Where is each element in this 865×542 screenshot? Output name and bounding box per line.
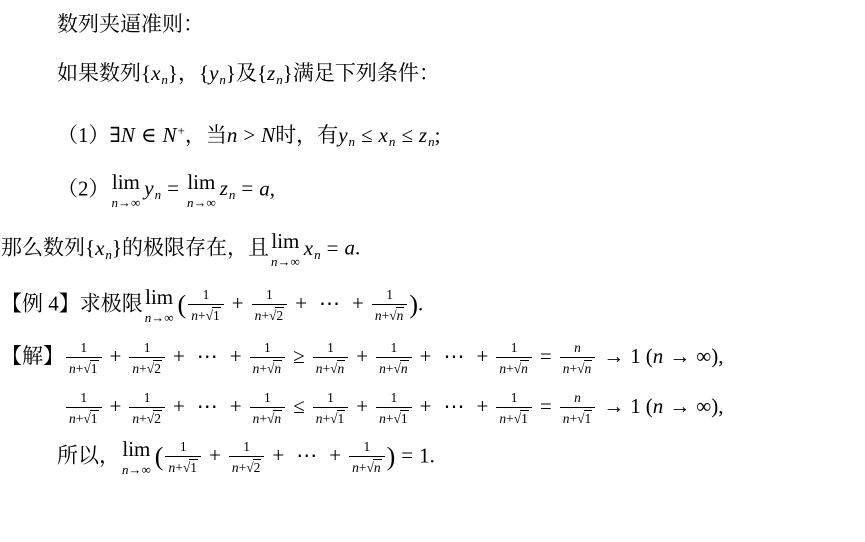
math-char: 2 bbox=[276, 308, 283, 323]
math-var: zn bbox=[419, 123, 435, 147]
math-char: 1 bbox=[390, 340, 397, 355]
math-char: + bbox=[198, 308, 206, 323]
math-char: + bbox=[139, 411, 147, 426]
math-text: ( bbox=[646, 394, 653, 418]
math-char: z bbox=[267, 61, 275, 85]
math-operator: = bbox=[540, 342, 552, 370]
math-char: 1 bbox=[511, 390, 518, 405]
math-char: 1 bbox=[190, 460, 197, 475]
math-operator: ≥ bbox=[293, 342, 305, 370]
fraction-numerator: 1 bbox=[387, 390, 400, 407]
math-char: 1 bbox=[585, 411, 592, 426]
fraction-denominator: n+√2 bbox=[252, 304, 288, 324]
math-operator: ∈ bbox=[141, 121, 157, 149]
math-char: 1 bbox=[511, 340, 518, 355]
math-char: N bbox=[261, 123, 275, 147]
math-char: y bbox=[144, 176, 153, 200]
fraction-denominator: n+√1 bbox=[188, 304, 224, 324]
math-text: . bbox=[355, 236, 360, 260]
math-operator: = bbox=[401, 441, 413, 469]
math-operator: + bbox=[272, 441, 284, 469]
math-var: N bbox=[121, 123, 135, 147]
math-operator: = bbox=[241, 174, 253, 202]
math-operator: → bbox=[603, 342, 624, 370]
math-cdots: ⋯ bbox=[197, 392, 218, 420]
fraction-denominator: n+√n bbox=[313, 357, 349, 377]
math-char: 1 bbox=[203, 287, 210, 302]
sqrt-radical: √2 bbox=[246, 460, 261, 475]
radicand: n bbox=[520, 360, 529, 377]
math-char: 1 bbox=[327, 340, 334, 355]
fraction-denominator: n+√1 bbox=[165, 456, 201, 476]
math-text: ( bbox=[646, 344, 653, 368]
math-char: n bbox=[352, 460, 359, 475]
math-operator: + bbox=[232, 289, 244, 317]
sqrt-radical: √1 bbox=[183, 460, 198, 475]
math-char: → bbox=[151, 310, 164, 325]
fraction-numerator: 1 bbox=[324, 390, 337, 407]
math-char: → bbox=[193, 195, 206, 210]
math-char: 2 bbox=[254, 460, 261, 475]
math-fraction: 1n+√1 bbox=[496, 390, 532, 427]
math-char: 1 bbox=[338, 411, 345, 426]
math-char: n bbox=[574, 340, 581, 355]
math-operator: ≤ bbox=[401, 121, 413, 149]
radicand: 1 bbox=[212, 307, 221, 324]
math-char: n bbox=[653, 394, 664, 418]
fraction-numerator: 1 bbox=[177, 439, 190, 456]
fraction-numerator: n bbox=[571, 390, 584, 407]
math-char: 1 bbox=[80, 390, 87, 405]
math-char: n bbox=[401, 361, 408, 376]
math-char: ∞ bbox=[164, 310, 173, 325]
math-char: n bbox=[585, 361, 592, 376]
math-text: ，当 bbox=[185, 123, 227, 147]
math-var: n bbox=[653, 344, 664, 368]
math-char: 1 bbox=[327, 390, 334, 405]
math-fraction: 1n+√2 bbox=[129, 340, 165, 377]
radicand: n bbox=[396, 307, 405, 324]
math-operator: = bbox=[327, 234, 339, 262]
math-superscript: + bbox=[177, 123, 184, 138]
math-var: yn bbox=[209, 61, 226, 85]
math-char: y bbox=[338, 123, 347, 147]
math-char: n bbox=[232, 460, 239, 475]
radicand: n bbox=[400, 360, 409, 377]
solution-line-2: 1n+√1+1n+√2+⋯+1n+√n≤1n+√1+1n+√1+⋯+1n+√1=… bbox=[64, 390, 865, 427]
fraction-numerator: 1 bbox=[263, 287, 276, 304]
math-char: + bbox=[506, 411, 514, 426]
math-char: 2 bbox=[154, 411, 161, 426]
sqrt-radical: √1 bbox=[577, 411, 592, 426]
document-page: 数列夹逼准则： 如果数列{xn}，{yn}及{zn}满足下列条件： （1）∃N∈… bbox=[0, 10, 865, 476]
math-fraction: 1n+√2 bbox=[129, 390, 165, 427]
math-operator: + bbox=[295, 289, 307, 317]
sqrt-radical: √1 bbox=[83, 411, 98, 426]
math-char: n bbox=[379, 361, 386, 376]
math-char: 1 bbox=[213, 308, 220, 323]
math-char: 1 bbox=[363, 439, 370, 454]
radicand: n bbox=[273, 410, 282, 427]
lim-underscript: n→∞ bbox=[122, 463, 151, 476]
math-char: → bbox=[129, 462, 142, 477]
math-char: n bbox=[397, 308, 404, 323]
math-char: 1 bbox=[91, 411, 98, 426]
fraction-denominator: n+√1 bbox=[376, 407, 412, 427]
math-text: , bbox=[270, 176, 275, 200]
lim-word: lim bbox=[122, 439, 150, 460]
math-char: z bbox=[419, 123, 427, 147]
math-text: }，{ bbox=[168, 61, 209, 85]
math-text: . bbox=[430, 443, 435, 467]
math-char: 1 bbox=[264, 340, 271, 355]
math-char: ∞ bbox=[206, 195, 215, 210]
sqrt-radical: √n bbox=[267, 361, 282, 376]
math-char: + bbox=[175, 460, 183, 475]
math-char: n bbox=[375, 308, 382, 323]
math-limit: limn→∞ bbox=[271, 231, 300, 268]
math-char: N bbox=[121, 123, 135, 147]
fraction-numerator: 1 bbox=[261, 340, 274, 357]
fraction-numerator: 1 bbox=[77, 390, 90, 407]
theorem-condition-1: （1）∃N∈N+，当n>N时，有yn≤xn≤zn; bbox=[57, 117, 865, 156]
fraction-denominator: n+√1 bbox=[560, 407, 596, 427]
math-char: x bbox=[379, 123, 388, 147]
math-char: ∞ bbox=[142, 462, 151, 477]
math-var: xn bbox=[304, 236, 321, 260]
math-subscript: n bbox=[349, 134, 356, 149]
math-var: n bbox=[653, 394, 664, 418]
math-text: ), bbox=[711, 394, 723, 418]
fraction-numerator: 1 bbox=[508, 340, 521, 357]
math-var: N bbox=[261, 123, 275, 147]
math-operator: + bbox=[230, 392, 242, 420]
math-char: n bbox=[379, 411, 386, 426]
radicand: n bbox=[273, 360, 282, 377]
radicand: 1 bbox=[520, 410, 529, 427]
fraction-numerator: 1 bbox=[77, 340, 90, 357]
radicand: n bbox=[337, 360, 346, 377]
math-char: 1 bbox=[390, 390, 397, 405]
math-text: 时，有 bbox=[275, 123, 338, 147]
math-char: 1 bbox=[80, 340, 87, 355]
radicand: 1 bbox=[337, 410, 346, 427]
math-char: n bbox=[69, 361, 76, 376]
math-char: 1 bbox=[521, 411, 528, 426]
fraction-numerator: 1 bbox=[360, 439, 373, 456]
math-fraction: 1n+√2 bbox=[229, 439, 265, 476]
math-paren: ( bbox=[178, 291, 187, 319]
math-char: x bbox=[95, 236, 104, 260]
math-fraction: 1n+√n bbox=[250, 340, 286, 377]
math-operator: + bbox=[356, 392, 368, 420]
sqrt-radical: √1 bbox=[514, 411, 529, 426]
math-text: 数列夹逼准则： bbox=[57, 12, 204, 36]
math-text: ; bbox=[435, 123, 441, 147]
math-operator: + bbox=[356, 342, 368, 370]
math-fraction: 1n+√n bbox=[372, 287, 408, 324]
math-var: N+ bbox=[162, 123, 184, 147]
math-limit: limn→∞ bbox=[145, 287, 174, 324]
math-fraction: nn+√1 bbox=[560, 390, 596, 427]
math-char: 1 bbox=[401, 411, 408, 426]
fraction-denominator: n+√n bbox=[349, 456, 385, 476]
math-char: n bbox=[191, 308, 198, 323]
math-operator: + bbox=[110, 392, 122, 420]
math-char: ∞ bbox=[131, 195, 140, 210]
math-char: n bbox=[521, 361, 528, 376]
lim-underscript: n→∞ bbox=[271, 255, 300, 268]
math-fraction: 1n+√n bbox=[313, 340, 349, 377]
fraction-denominator: n+√n bbox=[250, 357, 286, 377]
math-paren: ( bbox=[155, 443, 164, 471]
radicand: 1 bbox=[90, 410, 99, 427]
math-var: yn bbox=[144, 176, 161, 200]
math-char: n bbox=[338, 361, 345, 376]
fraction-numerator: 1 bbox=[387, 340, 400, 357]
fraction-denominator: n+√1 bbox=[313, 407, 349, 427]
math-var: xn bbox=[151, 61, 168, 85]
math-operator: ≤ bbox=[293, 392, 305, 420]
math-var: zn bbox=[220, 176, 236, 200]
lim-underscript: n→∞ bbox=[187, 196, 216, 209]
math-fraction: 1n+√1 bbox=[66, 340, 102, 377]
math-operator: + bbox=[352, 289, 364, 317]
math-text: . bbox=[418, 291, 423, 315]
theorem-condition-2: （2）limn→∞yn=limn→∞zn=a, bbox=[57, 172, 865, 209]
math-char: + bbox=[322, 361, 330, 376]
fraction-denominator: n+√n bbox=[372, 304, 408, 324]
math-subscript: n bbox=[229, 187, 236, 202]
math-char: N bbox=[162, 123, 176, 147]
math-operator: + bbox=[420, 392, 432, 420]
math-char: n bbox=[227, 123, 238, 147]
math-char: 2 bbox=[154, 361, 161, 376]
sqrt-radical: √1 bbox=[330, 411, 345, 426]
radicand: 2 bbox=[253, 459, 262, 476]
math-fraction: 1n+√2 bbox=[252, 287, 288, 324]
math-cdots: ⋯ bbox=[443, 342, 464, 370]
math-cdots: ⋯ bbox=[319, 289, 340, 317]
math-fraction: 1n+√1 bbox=[313, 390, 349, 427]
sqrt-radical: √n bbox=[330, 361, 345, 376]
fraction-numerator: 1 bbox=[200, 287, 213, 304]
math-fraction: 1n+√1 bbox=[188, 287, 224, 324]
theorem-conclusion: 那么数列{xn}的极限存在，且limn→∞xn=a. bbox=[1, 231, 865, 268]
math-fraction: nn+√n bbox=[560, 340, 596, 377]
lim-underscript: n→∞ bbox=[145, 311, 174, 324]
radicand: 1 bbox=[400, 410, 409, 427]
math-subscript: n bbox=[314, 247, 321, 262]
math-var: xn bbox=[379, 123, 396, 147]
math-operator: → bbox=[669, 392, 690, 420]
math-char: x bbox=[304, 236, 313, 260]
math-char: + bbox=[261, 308, 269, 323]
math-char: → bbox=[278, 254, 291, 269]
math-fraction: 1n+√n bbox=[496, 340, 532, 377]
fraction-denominator: n+√2 bbox=[129, 407, 165, 427]
math-operator: + bbox=[230, 342, 242, 370]
math-char: a bbox=[259, 176, 270, 200]
fraction-numerator: 1 bbox=[383, 287, 396, 304]
fraction-denominator: n+√n bbox=[496, 357, 532, 377]
math-operator: + bbox=[173, 342, 185, 370]
math-text: }的极限存在，且 bbox=[112, 236, 269, 260]
radicand: 1 bbox=[90, 360, 99, 377]
math-text: 所以， bbox=[57, 443, 120, 467]
math-char: n bbox=[69, 411, 76, 426]
math-char: 1 bbox=[180, 439, 187, 454]
math-fraction: 1n+√1 bbox=[165, 439, 201, 476]
example-4-problem: 【例 4】求极限limn→∞(1n+√1+1n+√2+⋯+1n+√n). bbox=[1, 287, 865, 324]
lim-underscript: n→∞ bbox=[112, 196, 141, 209]
math-char: n bbox=[374, 460, 381, 475]
sqrt-radical: √1 bbox=[206, 308, 221, 323]
fraction-denominator: n+√2 bbox=[229, 456, 265, 476]
math-operator: + bbox=[209, 441, 221, 469]
math-var: a bbox=[259, 176, 270, 200]
math-char: + bbox=[139, 361, 147, 376]
sqrt-radical: √2 bbox=[147, 411, 162, 426]
math-symbol: ∞ bbox=[696, 394, 711, 418]
sqrt-radical: √2 bbox=[147, 361, 162, 376]
math-operator: → bbox=[669, 342, 690, 370]
math-subscript: n bbox=[155, 187, 162, 202]
math-char: n bbox=[274, 361, 281, 376]
math-var: a bbox=[344, 236, 355, 260]
radicand: n bbox=[373, 459, 382, 476]
fraction-denominator: n+√n bbox=[560, 357, 596, 377]
math-operator: → bbox=[603, 392, 624, 420]
math-symbol: ∞ bbox=[696, 344, 711, 368]
math-char: + bbox=[259, 411, 267, 426]
math-limit: limn→∞ bbox=[112, 172, 141, 209]
math-cdots: ⋯ bbox=[197, 342, 218, 370]
sqrt-radical: √n bbox=[389, 308, 404, 323]
math-char: a bbox=[344, 236, 355, 260]
math-number: 1 bbox=[630, 344, 641, 368]
fraction-numerator: n bbox=[571, 340, 584, 357]
math-char: x bbox=[151, 61, 160, 85]
math-char: z bbox=[220, 176, 228, 200]
math-char: + bbox=[259, 361, 267, 376]
math-text: ), bbox=[711, 344, 723, 368]
math-char: y bbox=[209, 61, 218, 85]
fraction-denominator: n+√2 bbox=[129, 357, 165, 377]
math-char: 1 bbox=[243, 439, 250, 454]
math-fraction: 1n+√1 bbox=[66, 390, 102, 427]
math-char: 1 bbox=[91, 361, 98, 376]
math-text: 那么数列{ bbox=[1, 236, 95, 260]
math-text: （2） bbox=[57, 176, 110, 200]
radicand: 2 bbox=[153, 360, 162, 377]
sqrt-radical: √n bbox=[393, 361, 408, 376]
radicand: 1 bbox=[189, 459, 198, 476]
math-var: yn bbox=[338, 123, 355, 147]
fraction-denominator: n+√1 bbox=[66, 407, 102, 427]
math-subscript: n bbox=[389, 134, 396, 149]
math-char: → bbox=[118, 195, 131, 210]
lim-word: lim bbox=[112, 172, 140, 193]
math-paren: ) bbox=[387, 443, 396, 471]
math-operator: + bbox=[110, 342, 122, 370]
math-limit: limn→∞ bbox=[122, 439, 151, 476]
solution-line-3: 所以，limn→∞(1n+√1+1n+√2+⋯+1n+√n)=1. bbox=[57, 439, 865, 476]
math-text: 【解】 bbox=[1, 344, 64, 368]
lim-word: lim bbox=[187, 172, 215, 193]
math-text: 【例 4】求极限 bbox=[1, 291, 143, 315]
math-operator: + bbox=[420, 342, 432, 370]
math-text: （1） bbox=[57, 123, 110, 147]
math-operator: = bbox=[540, 392, 552, 420]
fraction-numerator: 1 bbox=[141, 390, 154, 407]
solution-line-1: 【解】1n+√1+1n+√2+⋯+1n+√n≥1n+√n+1n+√n+⋯+1n+… bbox=[1, 340, 865, 377]
sqrt-radical: √n bbox=[577, 361, 592, 376]
sqrt-radical: √1 bbox=[83, 361, 98, 376]
math-cdots: ⋯ bbox=[443, 392, 464, 420]
math-var: xn bbox=[95, 236, 112, 260]
math-fraction: 1n+√1 bbox=[376, 390, 412, 427]
fraction-numerator: 1 bbox=[141, 340, 154, 357]
math-char: n bbox=[574, 390, 581, 405]
radicand: n bbox=[584, 360, 593, 377]
math-operator: + bbox=[476, 342, 488, 370]
math-char: 1 bbox=[266, 287, 273, 302]
math-symbol: ∃ bbox=[110, 123, 121, 147]
sqrt-radical: √2 bbox=[269, 308, 284, 323]
theorem-title: 数列夹逼准则： bbox=[57, 10, 865, 38]
math-operator: + bbox=[476, 392, 488, 420]
math-char: + bbox=[322, 411, 330, 426]
fraction-numerator: 1 bbox=[261, 390, 274, 407]
math-operator: + bbox=[173, 392, 185, 420]
sqrt-radical: √n bbox=[514, 361, 529, 376]
math-operator: > bbox=[243, 121, 255, 149]
math-fraction: 1n+√n bbox=[349, 439, 385, 476]
math-char: + bbox=[569, 361, 577, 376]
lim-word: lim bbox=[271, 231, 299, 252]
math-char: 1 bbox=[144, 390, 151, 405]
math-cdots: ⋯ bbox=[296, 441, 317, 469]
sqrt-radical: √n bbox=[366, 460, 381, 475]
math-operator: + bbox=[329, 441, 341, 469]
math-char: + bbox=[506, 361, 514, 376]
math-text: 如果数列{ bbox=[57, 61, 151, 85]
math-operator: = bbox=[167, 174, 179, 202]
math-var: n bbox=[227, 123, 238, 147]
math-char: 1 bbox=[264, 390, 271, 405]
math-limit: limn→∞ bbox=[187, 172, 216, 209]
math-number: 1 bbox=[630, 394, 641, 418]
math-char: n bbox=[653, 344, 664, 368]
math-var: zn bbox=[267, 61, 283, 85]
radicand: 2 bbox=[153, 410, 162, 427]
fraction-denominator: n+√n bbox=[250, 407, 286, 427]
theorem-intro: 如果数列{xn}，{yn}及{zn}满足下列条件： bbox=[57, 59, 865, 94]
fraction-denominator: n+√1 bbox=[66, 357, 102, 377]
math-paren: ) bbox=[409, 291, 418, 319]
math-char: ∞ bbox=[291, 254, 300, 269]
fraction-denominator: n+√1 bbox=[496, 407, 532, 427]
fraction-denominator: n+√n bbox=[376, 357, 412, 377]
fraction-numerator: 1 bbox=[508, 390, 521, 407]
fraction-numerator: 1 bbox=[324, 340, 337, 357]
sqrt-radical: √n bbox=[267, 411, 282, 426]
radicand: 1 bbox=[584, 410, 593, 427]
math-fraction: 1n+√n bbox=[250, 390, 286, 427]
math-char: 1 bbox=[144, 340, 151, 355]
math-fraction: 1n+√n bbox=[376, 340, 412, 377]
